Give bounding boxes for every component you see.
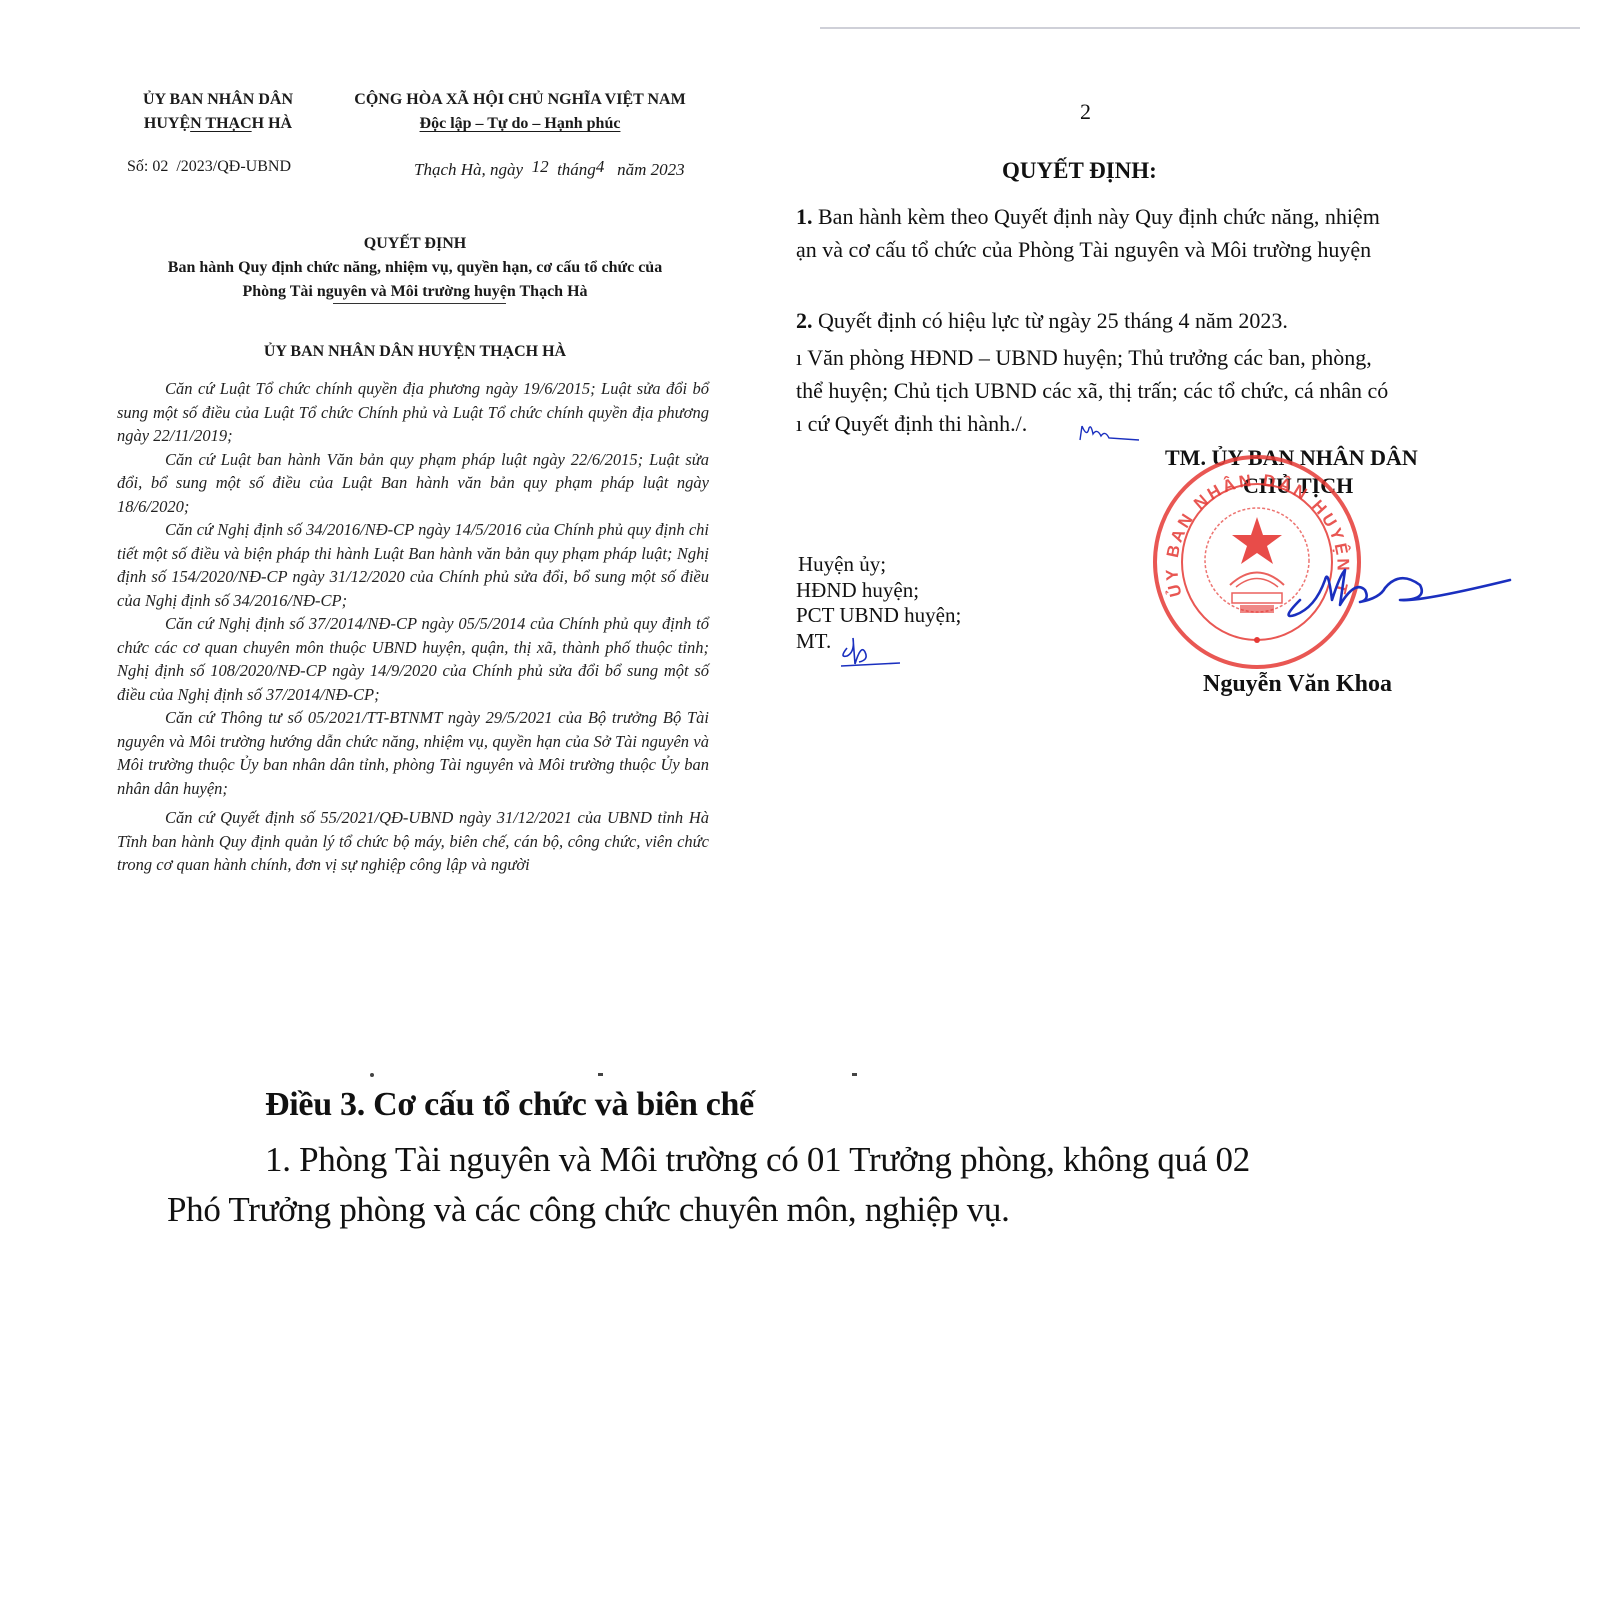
recipient: PCT UBND huyện; (796, 603, 961, 629)
chairman-signature-icon (1270, 560, 1515, 630)
decision-heading: QUYẾT ĐỊNH: (1002, 154, 1157, 187)
recipient: Huyện ủy; (796, 552, 961, 578)
preamble-paragraph: Căn cứ Nghị định số 37/2014/NĐ-CP ngày 0… (117, 612, 709, 706)
clause-line: Phó Trưởng phòng và các công chức chuyên… (167, 1190, 1010, 1230)
initial-signature-icon (835, 630, 905, 670)
nation-name: CỘNG HÒA XÃ HỘI CHỦ NGHĨA VIỆT NAM (330, 88, 710, 112)
decision-title: QUYẾT ĐỊNH (110, 232, 720, 256)
national-header: CỘNG HÒA XÃ HỘI CHỦ NGHĨA VIỆT NAM Độc l… (330, 88, 710, 136)
national-motto: Độc lập – Tự do – Hạnh phúc (330, 112, 710, 136)
agency-line-1: ỦY BAN NHÂN DÂN (118, 88, 318, 112)
issuing-agency: ỦY BAN NHÂN DÂN HUYỆN THẠCH HÀ (118, 88, 318, 136)
signer-name: Nguyễn Văn Khoa (1203, 668, 1392, 701)
page-separator-line (820, 27, 1580, 29)
preamble-paragraph: Căn cứ Nghị định số 34/2016/NĐ-CP ngày 1… (117, 518, 709, 612)
clause-line: 1. Phòng Tài nguyên và Môi trường có 01 … (265, 1140, 1250, 1180)
issuing-authority: ỦY BAN NHÂN DÂN HUYỆN THẠCH HÀ (110, 340, 720, 364)
agency-line-2: HUYỆN THẠCH HÀ (118, 112, 318, 136)
article-3: ı Văn phòng HĐND – UBND huyện; Thủ trưởn… (796, 341, 1512, 440)
article-1: 1. Ban hành kèm theo Quyết định này Quy … (796, 200, 1512, 266)
decision-subtitle-1: Ban hành Quy định chức năng, nhiệm vụ, q… (110, 256, 720, 280)
cropped-glyph-fragment (598, 1073, 603, 1076)
article-2: 2. Quyết định có hiệu lực từ ngày 25 thá… (796, 304, 1288, 337)
issue-date: Thạch Hà, ngày 12 tháng4 năm 2023 (414, 160, 685, 180)
cropped-glyph-fragment (852, 1073, 857, 1076)
preamble: Căn cứ Luật Tổ chức chính quyền địa phươ… (117, 377, 709, 877)
article-heading: Điều 3. Cơ cấu tổ chức và biên chế (265, 1086, 754, 1124)
decision-subtitle-2: Phòng Tài nguyên và Môi trường huyện Thạ… (110, 280, 720, 304)
document-number: Số: 02 /2023/QĐ-UBND (127, 158, 291, 176)
title-underline (333, 303, 506, 304)
preamble-paragraph: Căn cứ Luật Tổ chức chính quyền địa phươ… (117, 377, 709, 448)
cropped-glyph-fragment (370, 1073, 374, 1077)
initial-signature-icon (1075, 420, 1145, 455)
preamble-paragraph: Căn cứ Luật ban hành Văn bản quy phạm ph… (117, 448, 709, 519)
page-number: 2 (1080, 95, 1091, 128)
recipient: HĐND huyện; (796, 578, 961, 604)
preamble-paragraph: Căn cứ Quyết định số 55/2021/QĐ-UBND ngà… (117, 806, 709, 877)
decision-title-block: QUYẾT ĐỊNH Ban hành Quy định chức năng, … (110, 232, 720, 304)
preamble-paragraph: Căn cứ Thông tư số 05/2021/TT-BTNMT ngày… (117, 706, 709, 800)
